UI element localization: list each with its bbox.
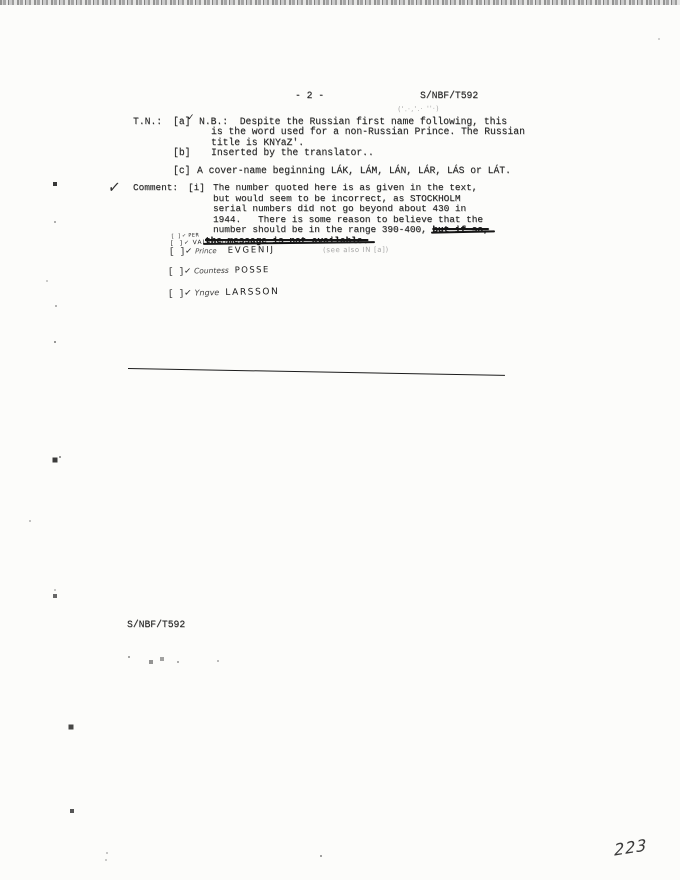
comment-tag-i: [i]: [188, 183, 205, 194]
scan-specks: [0, 0, 2, 2]
handwritten-name: LARSSON: [225, 287, 279, 298]
checkmark-icon: ✓: [184, 288, 192, 299]
tn-tag-c: [c]: [173, 166, 190, 177]
pencil-note-evgenij: (see also IN [a]): [323, 246, 389, 255]
checkbox-bracket: [ ]: [168, 289, 184, 299]
tn-tag-b: [b]: [173, 148, 190, 159]
tn-a-line2: is the word used for a non-Russian Princ…: [211, 127, 525, 138]
page-number: - 2 -: [295, 91, 324, 102]
footer-reference: S/NBF/T592: [127, 620, 185, 631]
handwritten-entry-evgenij: [ ]✓ PrinceEVGENIJ: [169, 245, 275, 257]
comment-line5-struck-text: but if so,: [432, 224, 488, 235]
scanned-document-page: - 2 - S/NBF/T592 ('.·,'.· ''·) T.N.: [a]…: [0, 0, 680, 880]
checkmark-icon: ✓: [185, 246, 193, 257]
handwritten-name: POSSE: [235, 265, 270, 276]
tn-b-line1: Inserted by the translator..: [211, 148, 374, 159]
comment-line5: number should be in the range 390-400, b…: [213, 225, 489, 236]
handwritten-prefix: Prince: [195, 247, 217, 255]
checkmark-comment: ✓: [107, 177, 122, 199]
header-reference: S/NBF/T592: [420, 91, 478, 102]
checkbox-bracket: [ ]: [170, 239, 184, 246]
comment-line5-text: number should be in the range 390-400,: [213, 224, 432, 235]
comment-label: Comment:: [133, 183, 178, 194]
pencil-note-top: ('.·,'.· ''·): [398, 105, 440, 114]
handwritten-entry-posse: [ ]✓ CountessPOSSE: [168, 265, 270, 277]
handwritten-entry-larsson: [ ]✓ YngveLARSSON: [168, 287, 280, 299]
comment-line3: serial numbers did not go beyond about 4…: [213, 204, 466, 215]
page-stamp-number: 223: [614, 835, 647, 859]
tn-label: T.N.:: [133, 117, 162, 128]
checkbox-bracket: [ ]: [169, 247, 185, 257]
scan-edge-band: [0, 0, 680, 5]
divider-line: [128, 368, 505, 376]
checkbox-bracket: [ ]: [168, 267, 184, 277]
comment-line1: The number quoted here is as given in th…: [213, 183, 477, 194]
handwritten-name: EVGENIJ: [228, 245, 275, 256]
handwritten-name: PER: [188, 233, 199, 239]
checkmark-icon: ✓: [184, 266, 192, 277]
handwritten-prefix: Yngve: [195, 288, 220, 297]
tn-c-line1: A cover-name beginning LÁK, LÁM, LÁN, LÁ…: [197, 166, 511, 177]
handwritten-prefix: Countess: [194, 266, 229, 276]
checkmark-a: ✓: [187, 113, 195, 123]
